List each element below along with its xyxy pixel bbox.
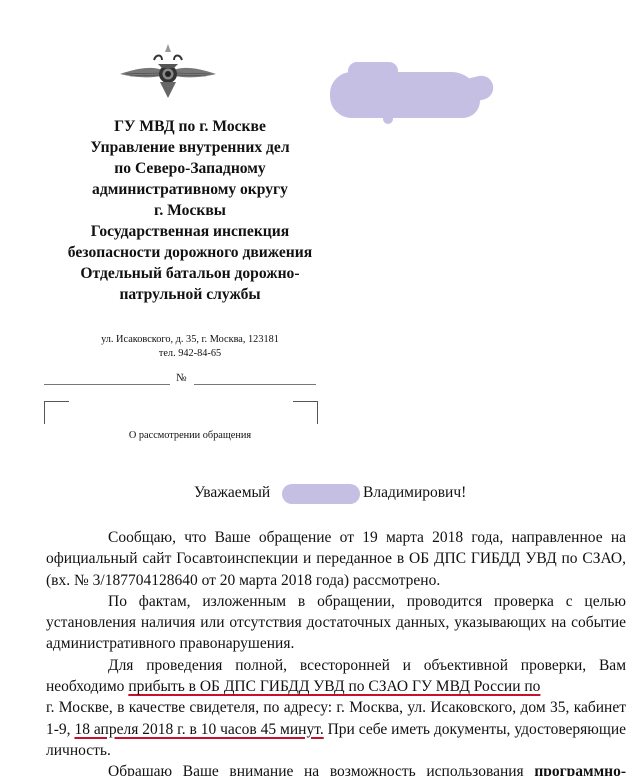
registration-number-line: № <box>44 372 316 388</box>
redacted-recipient-address <box>445 102 455 114</box>
header-line: по Северо-Западному <box>40 158 340 179</box>
number-label: № <box>176 372 187 384</box>
header-line: Государственная инспекция <box>40 221 340 242</box>
left-corner-bracket <box>44 401 69 424</box>
header-line: административному округу <box>40 179 340 200</box>
sender-contacts: ул. Исаковского, д. 35, г. Москва, 12318… <box>40 333 340 361</box>
number-blank <box>194 384 316 385</box>
p4-bold-text: программно- <box>534 763 626 776</box>
header-line: г. Москвы <box>40 200 340 221</box>
paragraph-1: Сообщаю, что Ваше обращение от 19 марта … <box>46 527 626 591</box>
redacted-name <box>282 484 360 504</box>
date-blank <box>44 384 170 385</box>
letter-subject: О рассмотрении обращения <box>40 430 340 441</box>
header-line: Управление внутренних дел <box>40 137 340 158</box>
header-line: ГУ МВД по г. Москве <box>40 116 340 137</box>
underlined-location: прибыть в ОБ ДПС ГИБДД УВД по СЗАО ГУ МВ… <box>128 678 540 695</box>
letter-body: Сообщаю, что Ваше обращение от 19 марта … <box>46 527 626 776</box>
header-line: безопасности дорожного движения <box>40 242 340 263</box>
paragraph-3: Для проведения полной, всесторонней и об… <box>46 655 626 761</box>
header-line: Отдельный батальон дорожно- <box>40 263 340 284</box>
redacted-recipient-address <box>348 62 398 80</box>
paragraph-4: Обращаю Ваше внимание на возможность исп… <box>46 761 626 776</box>
greeting-prefix: Уважаемый <box>194 484 270 502</box>
p4-text: Обращаю Ваше внимание на возможность исп… <box>108 763 534 776</box>
paragraph-2: По фактам, изложенным в обращении, прово… <box>46 591 626 655</box>
redacted-recipient-address <box>383 110 393 124</box>
right-corner-bracket <box>293 401 318 424</box>
underlined-datetime: 18 апреля 2018 г. в 10 часов 45 минут. <box>74 721 323 738</box>
phone-line: тел. 942-84-65 <box>40 347 340 361</box>
mvd-emblem-icon <box>118 40 218 100</box>
header-line: патрульной службы <box>40 284 340 305</box>
greeting-suffix: Владимирович! <box>363 484 466 502</box>
address-line: ул. Исаковского, д. 35, г. Москва, 12318… <box>40 333 340 347</box>
sender-header: ГУ МВД по г. Москве Управление внутренни… <box>40 116 340 305</box>
